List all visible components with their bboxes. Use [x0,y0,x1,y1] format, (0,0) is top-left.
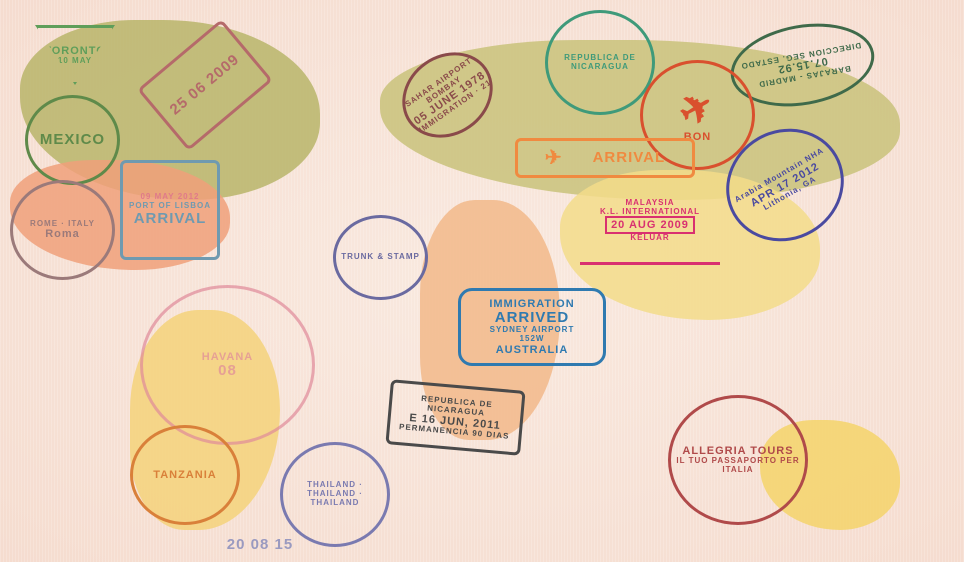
stamp-managua: REPUBLICA DE NICARAGUA E 16 JUN, 2011 PE… [385,379,525,456]
stamp-tanzania: TANZANIA [130,425,240,525]
airplane-icon: ✈ [545,147,563,169]
stamp-sydney: IMMIGRATION ARRIVED SYDNEY AIRPORT 152W … [458,288,606,366]
stamp-mexico: MEXICO [25,95,120,185]
stamp-arrival-orange: ✈ ARRIVAL [515,138,695,178]
stamp-date-bottom: 20 08 15 [210,530,310,560]
stamp-nicaragua-round: REPUBLICA DE NICARAGUA [545,10,655,115]
stamp-allegria: ALLEGRIA TOURS IL TUO PASSAPORTO PER ITA… [668,395,808,525]
stamp-havana: HAVANA 08 [140,285,315,445]
stamp-trunk: TRUNK & STAMP [333,215,428,300]
stamp-rome: ROME · ITALY Roma [10,180,115,280]
passport-world-map: TORONTO 10 MAY MEXICO ROME · ITALY Roma … [0,0,964,562]
airplane-icon: ✈ [672,81,724,136]
stamp-lisboa: 09 MAY 2012 PORT OF LISBOA ARRIVAL [120,160,220,260]
stamp-malaysia: MALAYSIA K.L. INTERNATIONAL 20 AUG 2009 … [580,180,720,265]
